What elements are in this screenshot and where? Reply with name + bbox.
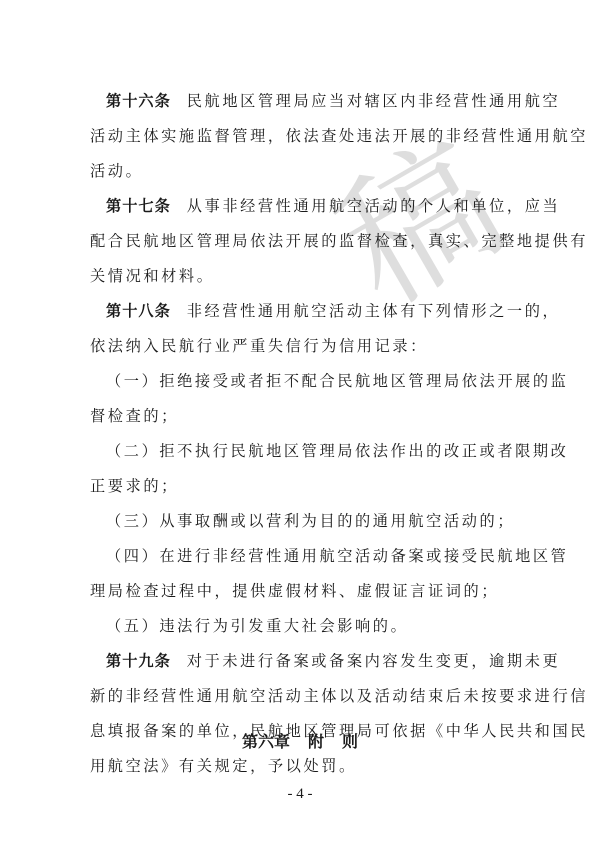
article-text: 关情况和材料。 (90, 259, 510, 294)
article-text: 对于未进行备案或备案内容发生变更，逾期未更 (187, 652, 561, 670)
article-text: 配合民航地区管理局依法开展的监督检查，真实、完整地提供有 (90, 224, 510, 259)
document-page: 稿 第十六条民航地区管理局应当对辖区内非经营性通用航空 活动主体实施监督管理，依… (0, 0, 600, 849)
list-item: （五）违法行为引发重大社会影响的。 (90, 609, 510, 644)
document-body: 第十六条民航地区管理局应当对辖区内非经营性通用航空 活动主体实施监督管理，依法查… (90, 84, 510, 784)
article-17: 第十七条从事非经营性通用航空活动的个人和单位，应当 配合民航地区管理局依法开展的… (90, 189, 510, 294)
list-item: （二）拒不执行民航地区管理局依法作出的改正或者限期改 正要求的； (90, 434, 510, 504)
article-19: 第十九条对于未进行备案或备案内容发生变更，逾期未更 新的非经营性通用航空活动主体… (90, 644, 510, 784)
article-text: 活动。 (90, 154, 510, 189)
article-text: 从事非经营性通用航空活动的个人和单位，应当 (187, 197, 561, 215)
article-text: 新的非经营性通用航空活动主体以及活动结束后未按要求进行信 (90, 679, 510, 714)
article-title: 第十六条 (106, 92, 171, 110)
article-text: 非经营性通用航空活动主体有下列情形之一的， (187, 302, 561, 320)
article-text: 依法纳入民航行业严重失信行为信用记录： (90, 329, 510, 364)
article-18: 第十八条非经营性通用航空活动主体有下列情形之一的， 依法纳入民航行业严重失信行为… (90, 294, 510, 644)
article-text: 活动主体实施监督管理，依法查处违法开展的非经营性通用航空 (90, 119, 510, 154)
chapter-heading: 第六章附则 (0, 729, 600, 752)
article-title: 第十八条 (106, 302, 171, 320)
article-text: 用航空法》有关规定，予以处罚。 (90, 749, 510, 784)
article-text: 民航地区管理局应当对辖区内非经营性通用航空 (187, 92, 561, 110)
article-title: 第十七条 (106, 197, 171, 215)
article-16: 第十六条民航地区管理局应当对辖区内非经营性通用航空 活动主体实施监督管理，依法查… (90, 84, 510, 189)
list-item: （一）拒绝接受或者拒不配合民航地区管理局依法开展的监 督检查的； (90, 364, 510, 434)
list-item: （三）从事取酬或以营利为目的的通用航空活动的； (90, 504, 510, 539)
page-number: - 4 - (0, 786, 600, 803)
article-title: 第十九条 (106, 652, 171, 670)
list-item: （四）在进行非经营性通用航空活动备案或接受民航地区管 理局检查过程中，提供虚假材… (90, 539, 510, 609)
